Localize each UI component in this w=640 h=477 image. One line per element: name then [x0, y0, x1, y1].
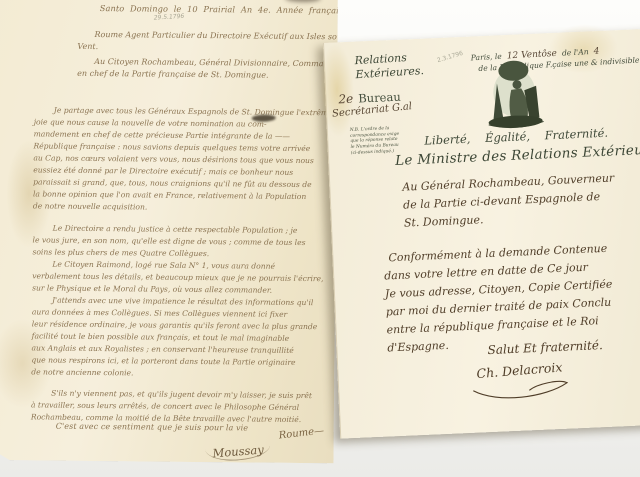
- right-pencil-date-note: 2.3.1796: [436, 50, 464, 64]
- left-letter-sender-block: Roume Agent Particulier du Directoire Ex…: [77, 29, 329, 55]
- letterhead-department: RelationsExtérieures.: [354, 50, 424, 81]
- left-letter-paragraph-3: Le Citoyen Raimond, logé rue Sala N° 1, …: [32, 258, 328, 297]
- left-letter-address-block: Au Citoyen Rochambeau, Général Divisionn…: [77, 56, 329, 82]
- right-letter-address-block: Au Général Rochambeau, Gouverneurde la P…: [402, 169, 616, 232]
- left-pencil-date-note: 29.5.1796: [154, 13, 185, 22]
- left-letter-sheet: Santo Domingo le 10 Prairial An 4e. Anné…: [0, 0, 338, 463]
- text-line: en chef de la Partie française de St. Do…: [77, 68, 329, 82]
- engraving-vignette-icon: [483, 55, 548, 132]
- left-letter-closing-line: C'est avec ce sentiment que je suis pour…: [56, 421, 248, 435]
- right-letter-valediction: Salut Et fraternité.: [487, 336, 603, 359]
- left-letter-paragraph-1: Je partage avec tous les Généraux Espagn…: [33, 104, 330, 215]
- text-line: Vent.: [77, 41, 329, 55]
- left-letter-dateline: Santo Domingo le 10 Prairial An 4e. Anné…: [100, 2, 348, 16]
- left-letter-paragraph-2: Le Directoire a rendu justice à cette re…: [32, 222, 328, 261]
- handwritten-year: 4: [593, 47, 599, 57]
- text-line: Roume Agent Particulier du Directoire Ex…: [77, 29, 329, 43]
- left-letter-paragraph-4: J'attends avec une vive impatience le ré…: [31, 294, 328, 381]
- left-letter-countersignature: Moussay: [205, 442, 271, 463]
- signature-paraph-flourish: [467, 376, 584, 405]
- left-letter-signature-roume: Roume—: [278, 425, 324, 441]
- signature-text: Roume: [278, 427, 314, 442]
- printed-date-text: de l'An: [562, 47, 589, 57]
- signature-flourish: —: [313, 425, 324, 437]
- bureau-number-handwritten: 2e: [338, 92, 353, 107]
- right-letter-sheet: RelationsExtérieures. Paris, le 12 Ventô…: [323, 28, 640, 438]
- ink-smudge: [285, 0, 321, 2]
